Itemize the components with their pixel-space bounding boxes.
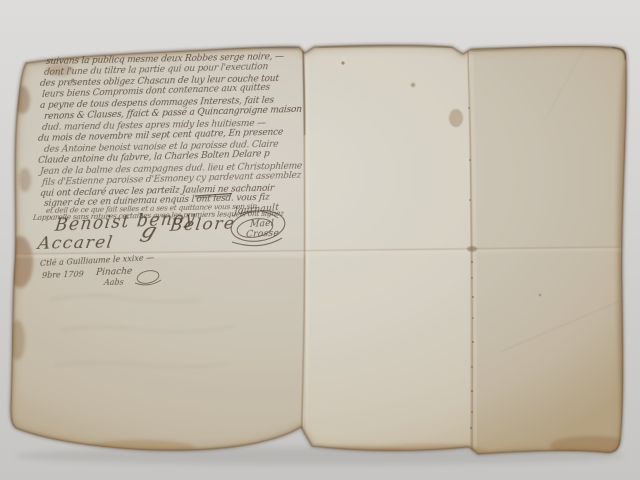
registration-note-signature: Pinache — [95, 267, 132, 278]
handwritten-text-layer: suivans la publicq mesme deux Robbes ser… — [0, 0, 640, 480]
signature-belore: Belore — [169, 214, 237, 236]
signature-crosse: Crosse — [245, 229, 279, 240]
signature-accarel: Accarel — [37, 233, 115, 254]
registration-note-line: Ctlé a Guilliaume le xxixe — — [40, 253, 155, 268]
registration-note-date: 9bre 1709 — [42, 270, 84, 280]
photo-of-document: suivans la publicq mesme deux Robbes ser… — [0, 0, 640, 480]
registration-note-paraph-text: Aabs — [103, 278, 124, 287]
